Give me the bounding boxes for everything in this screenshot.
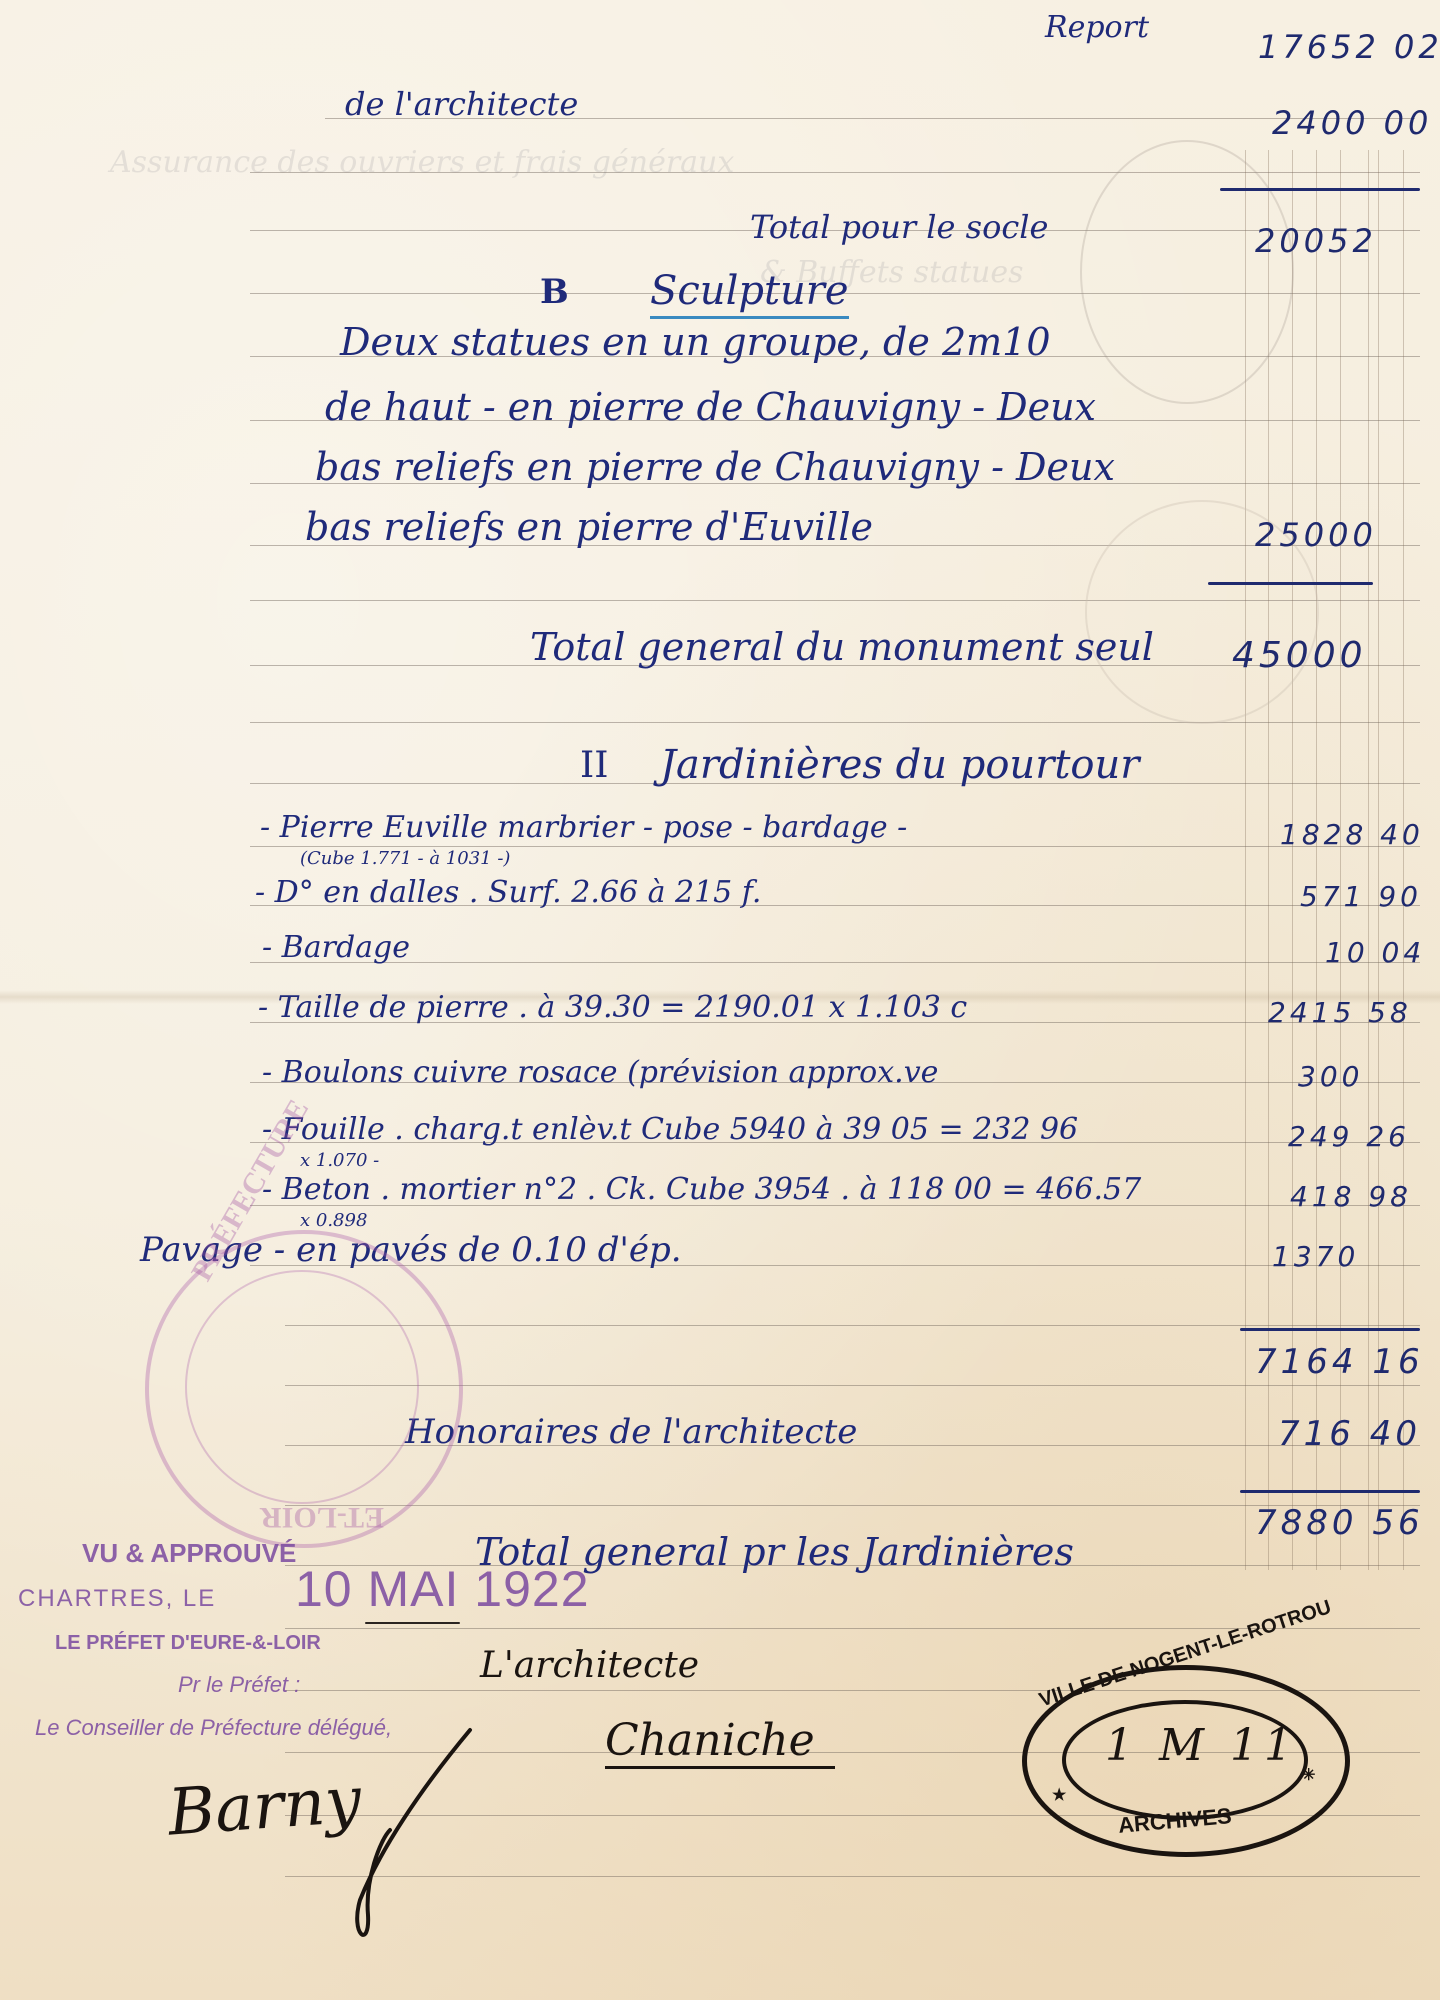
- approval-stamp-for-prefect: Pr le Préfet :: [178, 1672, 300, 1698]
- item-amount: 418 98: [1290, 1180, 1412, 1213]
- sum-line: [1240, 1328, 1420, 1331]
- item-label: - Taille de pierre . à 39.30 = 2190.01 x…: [258, 990, 967, 1025]
- item-label: - Pierre Euville marbrier - pose - barda…: [260, 810, 907, 845]
- item-amount: 1370: [1272, 1240, 1359, 1273]
- architect-signature: Chaniche: [605, 1715, 835, 1769]
- item-note: (Cube 1.771 - à 1031 -): [300, 848, 510, 869]
- item-label: - Beton . mortier n°2 . Ck. Cube 3954 . …: [262, 1172, 1141, 1207]
- star-icon: ✳: [1302, 1765, 1315, 1785]
- sculpture-description-line: Deux statues en un groupe, de 2m10: [340, 320, 1051, 364]
- sum-line: [1208, 582, 1373, 585]
- sculpture-description-line: bas reliefs en pierre de Chauvigny - Deu…: [315, 445, 1115, 489]
- ruled-line: [285, 1325, 1420, 1326]
- star-icon: ★: [1052, 1785, 1066, 1805]
- item-note: x 1.070 -: [300, 1150, 379, 1171]
- item-amount: 300: [1298, 1060, 1363, 1093]
- sculpture-description-line: de haut - en pierre de Chauvigny - Deux: [325, 385, 1096, 429]
- signature-flourish: [320, 1720, 480, 1960]
- architect-title: L'architecte: [480, 1645, 699, 1686]
- seal-text-bottom: ET-LOIR: [260, 1500, 384, 1534]
- item-amount: 1828 40: [1280, 818, 1424, 851]
- socle-total-label: Total pour le socle: [750, 208, 1048, 246]
- sculpture-heading: Sculpture: [650, 268, 849, 319]
- sculpture-amount: 25000: [1255, 516, 1377, 554]
- monument-total-label: Total general du monument seul: [530, 625, 1154, 669]
- item-amount: 571 90: [1300, 880, 1422, 913]
- archives-stamp-reference: 1 M 11: [1105, 1720, 1298, 1771]
- jardinieres-fee-label: Honoraires de l'architecte: [405, 1412, 857, 1452]
- ruled-line: [285, 1505, 1420, 1506]
- item-label: - Bardage: [262, 930, 410, 965]
- date-underline: [365, 1622, 460, 1624]
- architect-fee-label: de l'architecte: [345, 85, 578, 123]
- jardinieres-total-amount: 7880 56: [1255, 1503, 1424, 1543]
- item-label: - Fouille . charg.t enlèv.t Cube 5940 à …: [262, 1112, 1078, 1147]
- bleed-through-text: Assurance des ouvriers et frais généraux: [110, 145, 734, 180]
- prefecture-seal-inner: [185, 1270, 419, 1504]
- approval-stamp-prefect: LE PRÉFET D'EURE-&-LOIR: [55, 1632, 321, 1655]
- architect-fee-amount: 2400 00: [1272, 104, 1432, 142]
- carry-forward-amount: 17652 02: [1258, 28, 1440, 66]
- monument-total-amount: 45000: [1232, 635, 1367, 676]
- approval-stamp-date: 10 MAI 1922: [295, 1560, 590, 1618]
- approval-stamp-city: CHARTRES, LE: [18, 1585, 216, 1613]
- item-amount: 249 26: [1288, 1120, 1410, 1153]
- sculpture-heading-letter: B: [540, 272, 569, 312]
- embossed-seal: [1080, 140, 1294, 404]
- sum-line: [1220, 188, 1420, 191]
- jardinieres-heading: Jardinières du pourtour: [660, 742, 1139, 788]
- jardinieres-heading-numeral: II: [580, 745, 608, 786]
- item-label: - Boulons cuivre rosace (prévision appro…: [262, 1055, 938, 1090]
- item-label: - D° en dalles . Surf. 2.66 à 215 f.: [255, 875, 761, 910]
- sum-line: [1240, 1490, 1420, 1493]
- jardinieres-fee-amount: 716 40: [1278, 1414, 1421, 1454]
- carry-forward-label: Report: [1045, 10, 1149, 45]
- sculpture-description-line: bas reliefs en pierre d'Euville: [305, 505, 873, 549]
- socle-total-amount: 20052: [1255, 222, 1377, 260]
- item-amount: 2415 58: [1268, 996, 1412, 1029]
- item-note: x 0.898: [300, 1210, 367, 1231]
- item-amount: 10 04: [1325, 936, 1425, 969]
- approval-stamp-line1: VU & APPROUVÉ: [82, 1538, 296, 1569]
- jardinieres-subtotal: 7164 16: [1255, 1342, 1424, 1382]
